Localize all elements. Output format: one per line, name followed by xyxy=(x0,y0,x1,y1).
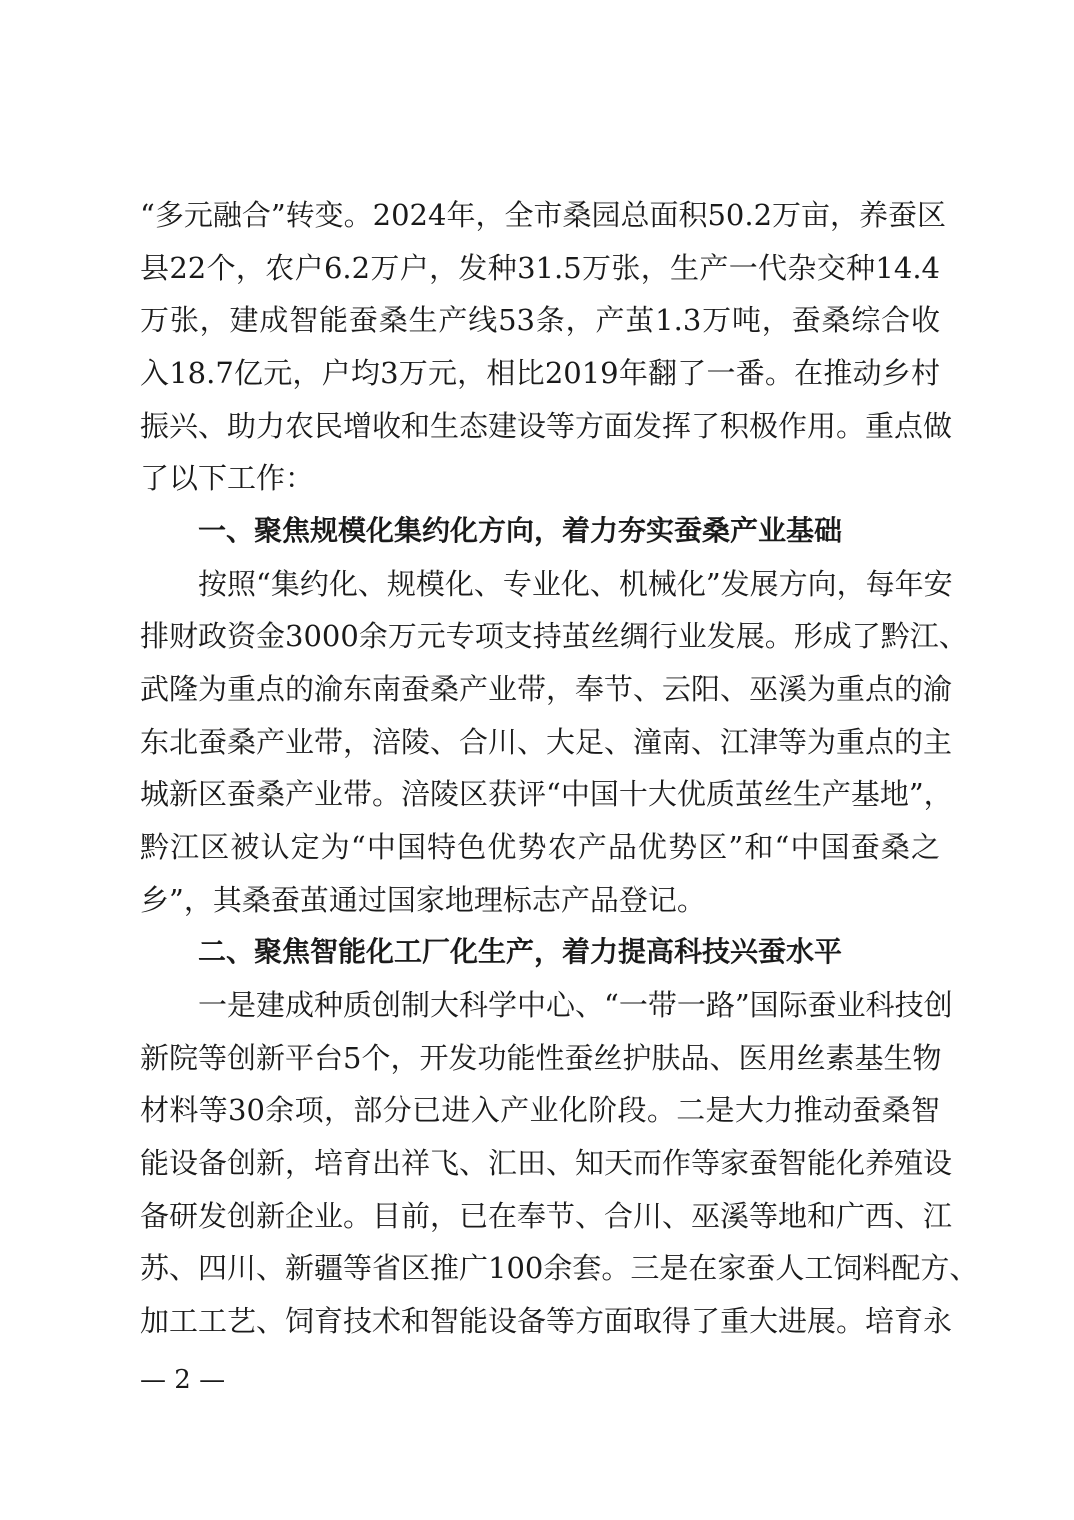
paragraph-line: 入18.7亿元，户均3万元，相比2019年翻了一番。在推动乡村 xyxy=(140,353,940,393)
section-heading: 二、聚焦智能化工厂化生产，着力提高科技兴蚕水平 xyxy=(198,932,940,972)
page-number: — 2 — xyxy=(140,1362,225,1398)
paragraph-line: 振兴、助力农民增收和生态建设等方面发挥了积极作用。重点做 xyxy=(140,406,940,446)
paragraph-line: 苏、四川、新疆等省区推广100余套。三是在家蚕人工饲料配方、 xyxy=(140,1248,940,1288)
paragraph-line: 能设备创新，培育出祥飞、汇田、知天而作等家蚕智能化养殖设 xyxy=(140,1143,940,1183)
paragraph-line: 材料等30余项，部分已进入产业化阶段。二是大力推动蚕桑智 xyxy=(140,1090,940,1130)
paragraph-line: 加工工艺、饲育技术和智能设备等方面取得了重大进展。培育永 xyxy=(140,1301,940,1341)
paragraph-line: “多元融合”转变。2024年，全市桑园总面积50.2万亩，养蚕区 xyxy=(140,195,940,235)
paragraph-line: 城新区蚕桑产业带。涪陵区获评“中国十大优质茧丝生产基地”， xyxy=(140,774,940,814)
paragraph-line: 黔江区被认定为“中国特色优势农产品优势区”和“中国蚕桑之 xyxy=(140,827,940,867)
section-heading: 一、聚焦规模化集约化方向，着力夯实蚕桑产业基础 xyxy=(198,511,940,551)
paragraph-line: 新院等创新平台5个，开发功能性蚕丝护肤品、医用丝素基生物 xyxy=(140,1038,940,1078)
paragraph-line: 东北蚕桑产业带，涪陵、合川、大足、潼南、江津等为重点的主 xyxy=(140,722,940,762)
paragraph-last-line: 了以下工作： xyxy=(140,458,940,498)
document-page: “多元融合”转变。2024年，全市桑园总面积50.2万亩，养蚕区县22个，农户6… xyxy=(0,0,1074,1520)
paragraph-first-line: 按照“集约化、规模化、专业化、机械化”发展方向，每年安 xyxy=(198,564,940,604)
paragraph-line: 县22个，农户6.2万户，发种31.5万张，生产一代杂交种14.4 xyxy=(140,248,940,288)
paragraph-line: 排财政资金3000余万元专项支持茧丝绸行业发展。形成了黔江、 xyxy=(140,616,940,656)
paragraph-line: 备研发创新企业。目前，已在奉节、合川、巫溪等地和广西、江 xyxy=(140,1196,940,1236)
paragraph-line: 万张，建成智能蚕桑生产线53条，产茧1.3万吨，蚕桑综合收 xyxy=(140,300,940,340)
paragraph-last-line: 乡”，其桑蚕茧通过国家地理标志产品登记。 xyxy=(140,880,940,920)
paragraph-first-line: 一是建成种质创制大科学中心、“一带一路”国际蚕业科技创 xyxy=(198,985,940,1025)
paragraph-line: 武隆为重点的渝东南蚕桑产业带，奉节、云阳、巫溪为重点的渝 xyxy=(140,669,940,709)
